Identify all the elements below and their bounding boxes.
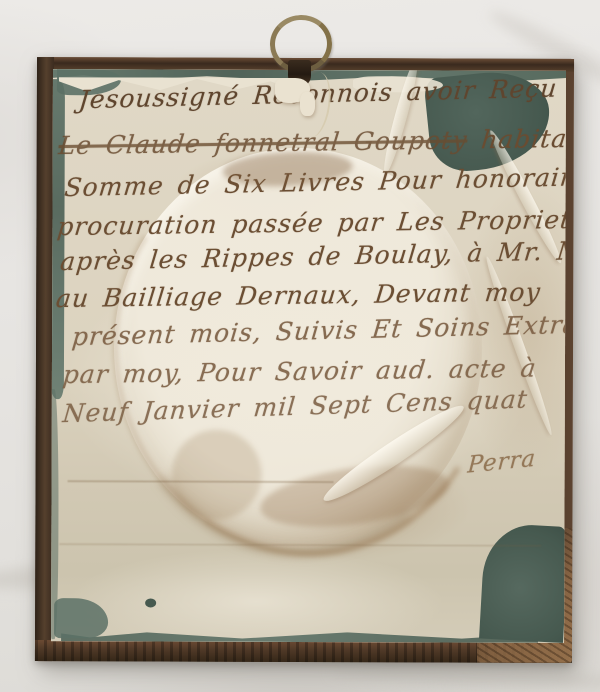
patina-speck (145, 598, 156, 607)
patina-patch-bottom-right (479, 523, 566, 643)
backing-paper: Jesoussigné Reconnois avoir Reçu Le Clau… (51, 69, 566, 643)
fabric-background: Jesoussigné Reconnois avoir Reçu Le Clau… (0, 0, 600, 692)
manuscript-line: procuration passée par Les Proprietaires (56, 204, 566, 241)
plaster-blob (300, 92, 315, 116)
manuscript-line-tail: habitant (466, 124, 566, 155)
fabric-fold (330, 663, 600, 691)
wood-panel: Jesoussigné Reconnois avoir Reçu Le Clau… (35, 57, 574, 663)
stain (171, 430, 261, 520)
patina-patch-bottom-left (54, 598, 108, 638)
manuscript-signature: Perra (467, 445, 537, 478)
patina-band-bottom (61, 628, 538, 643)
